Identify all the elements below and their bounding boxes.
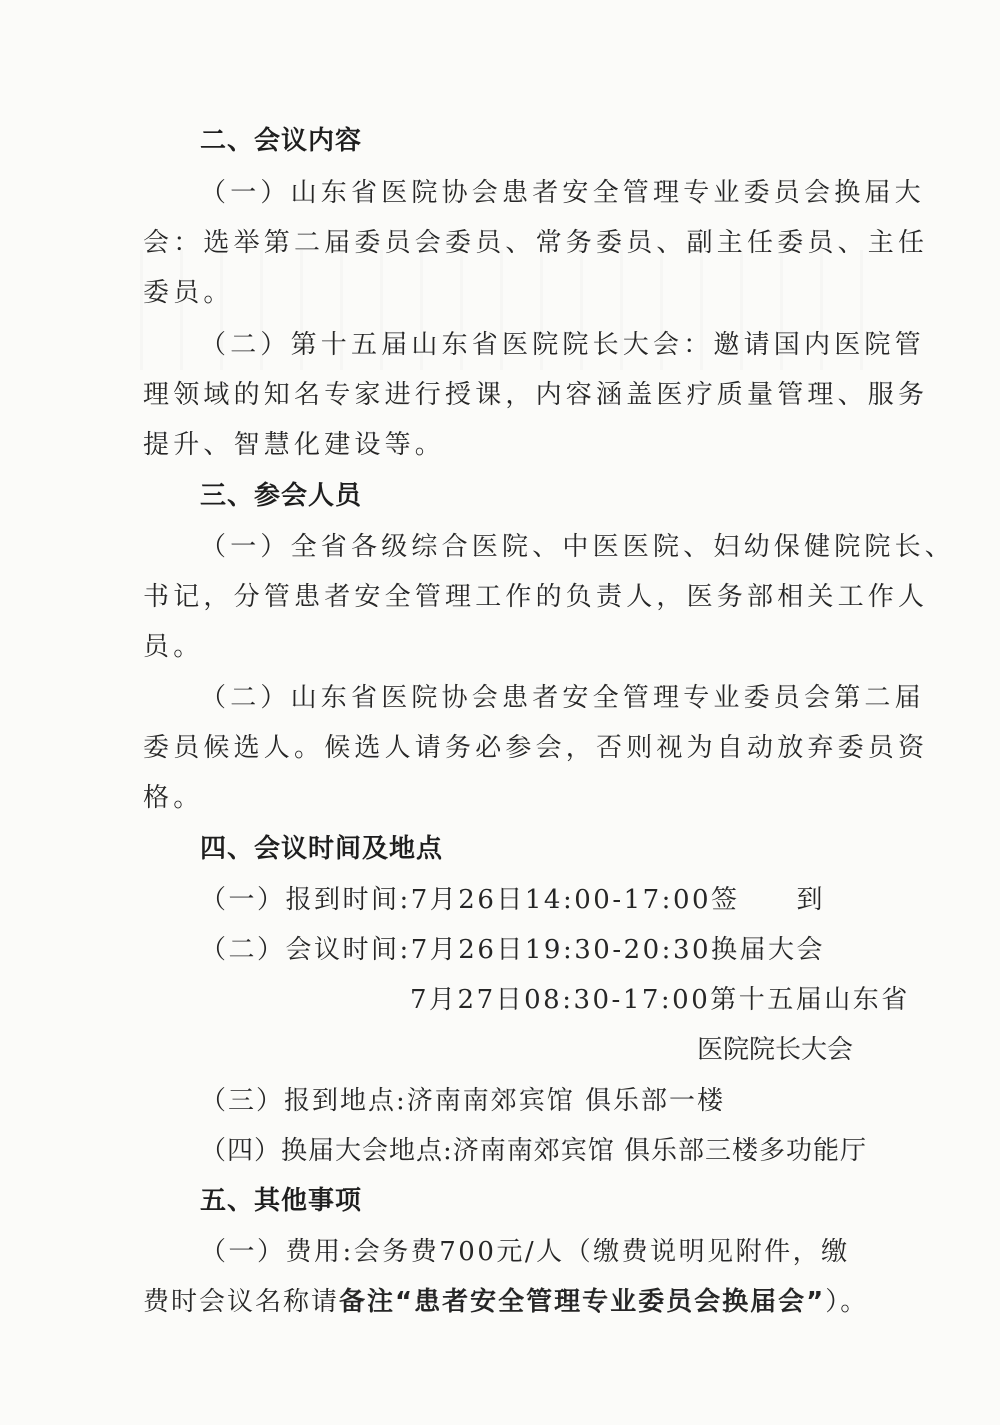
paragraph-line: 委员候选人。候选人请务必参会，否则视为自动放弃委员资 — [143, 733, 928, 763]
paragraph-line: （一）山东省医院协会患者安全管理专业委员会换届大 — [200, 178, 925, 208]
paragraph-line: （一）全省各级综合医院、中医医院、妇幼保健院院长、 — [200, 532, 955, 562]
paragraph-line: 提升、智慧化建设等。 — [143, 430, 445, 460]
fee-note-line: 费时会议名称请备注“患者安全管理专业委员会换届会”）。 — [143, 1287, 868, 1317]
paragraph-line: 理领域的知名专家进行授课，内容涵盖医疗质量管理、服务 — [143, 380, 928, 410]
fee-note-suffix: ）。 — [825, 1287, 868, 1317]
paragraph-line: （二）山东省医院协会患者安全管理专业委员会第二届 — [200, 683, 925, 713]
section-heading-other: 五、其他事项 — [200, 1186, 362, 1216]
paragraph-line: 格。 — [143, 783, 203, 813]
paragraph-line: （二）第十五届山东省医院院长大会：邀请国内医院管 — [200, 330, 925, 360]
meeting-time-day2: 7月27日08:30-17:00第十五届山东省 — [410, 985, 910, 1015]
checkin-time: （一）报到时间:7月26日14:00-17:00签 到 — [200, 885, 825, 915]
election-venue: （四）换届大会地点:济南南郊宾馆 俱乐部三楼多功能厅 — [200, 1136, 867, 1166]
paragraph-line: 委员。 — [143, 278, 234, 308]
section-heading-time-location: 四、会议时间及地点 — [200, 834, 443, 864]
fee-note-prefix: 费时会议名称请 — [143, 1287, 339, 1317]
checkin-location: （三）报到地点:济南南郊宾馆 俱乐部一楼 — [200, 1086, 725, 1116]
fee-note-remark: 备注“患者安全管理专业委员会换届会” — [339, 1287, 825, 1317]
meeting-time: （二）会议时间:7月26日19:30-20:30换届大会 — [200, 935, 825, 965]
section-heading-content: 二、会议内容 — [200, 126, 362, 156]
paragraph-line: 书记，分管患者安全管理工作的负责人，医务部相关工作人 — [143, 582, 928, 612]
section-heading-attendees: 三、参会人员 — [200, 481, 362, 511]
meeting-time-day2-cont: 医院院长大会 — [697, 1035, 853, 1065]
fee-line: （一）费用:会务费700元/人（缴费说明见附件，缴 — [200, 1237, 850, 1267]
document-page: 二、会议内容 （一）山东省医院协会患者安全管理专业委员会换届大 会：选举第二届委… — [0, 0, 1000, 1425]
paragraph-line: 员。 — [143, 632, 203, 662]
paragraph-line: 会：选举第二届委员会委员、常务委员、副主任委员、主任 — [143, 228, 928, 258]
